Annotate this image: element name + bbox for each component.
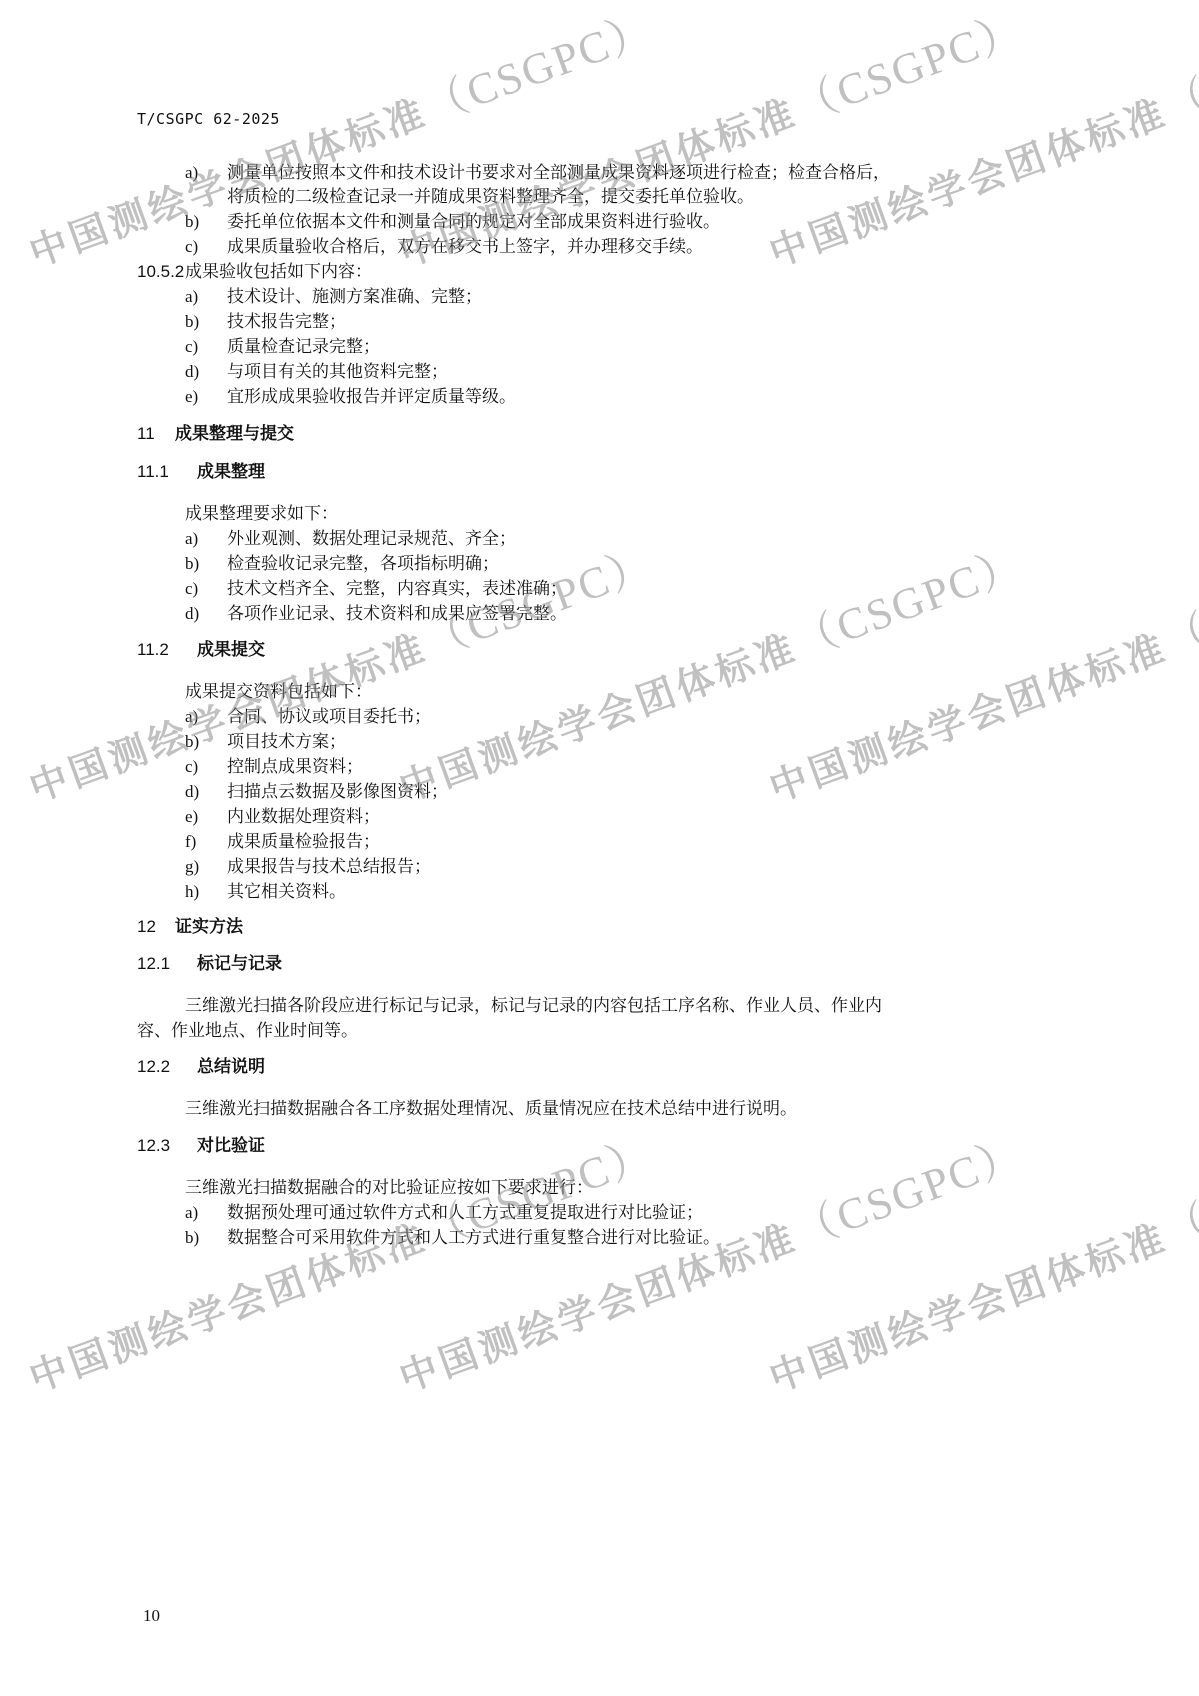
list-item: g)成果报告与技术总结报告； (185, 857, 431, 877)
list-item: d)扫描点云数据及影像图资料； (185, 782, 448, 802)
clause-number: 10.5.2 (137, 262, 185, 282)
item-label: e) (185, 807, 227, 827)
item-text: 合同、协议或项目委托书； (227, 707, 431, 727)
list-item: e)内业数据处理资料； (185, 807, 380, 827)
paragraph: 三维激光扫描数据融合各工序数据处理情况、质量情况应在技术总结中进行说明。 (185, 1099, 797, 1119)
document-code: T/CSGPC 62-2025 (137, 110, 280, 128)
list-item: a)测量单位按照本文件和技术设计书要求对全部测量成果资料逐项进行检查；检查合格后… (185, 163, 890, 183)
paragraph-line: 容、作业地点、作业时间等。 (137, 1021, 358, 1041)
section-title: 总结说明 (197, 1057, 265, 1076)
section-heading-12-1: 12.1标记与记录 (137, 954, 282, 974)
item-label: a) (185, 163, 227, 183)
item-text: 控制点成果资料； (227, 757, 363, 777)
item-label: c) (185, 237, 227, 257)
section-heading-12: 12证实方法 (137, 917, 243, 937)
section-number: 12.3 (137, 1136, 197, 1156)
section-title: 证实方法 (175, 917, 243, 936)
list-item: c)质量检查记录完整； (185, 337, 380, 357)
item-text: 数据整合可采用软件方式和人工方式进行重复整合进行对比验证。 (227, 1228, 720, 1248)
section-number: 12 (137, 917, 175, 937)
item-text: 成果质量检验报告； (227, 832, 380, 852)
item-text: 测量单位按照本文件和技术设计书要求对全部测量成果资料逐项进行检查；检查合格后， (227, 163, 890, 183)
section-title: 标记与记录 (197, 954, 282, 973)
list-item: b)数据整合可采用软件方式和人工方式进行重复整合进行对比验证。 (185, 1228, 720, 1248)
item-text: 其它相关资料。 (227, 882, 346, 902)
section-title: 成果整理与提交 (175, 424, 294, 443)
item-label: e) (185, 387, 227, 407)
section-heading-11-2: 11.2成果提交 (137, 640, 265, 660)
paragraph: 成果提交资料包括如下： (185, 682, 372, 702)
paragraph: 成果整理要求如下： (185, 504, 338, 524)
item-text: 成果质量验收合格后，双方在移交书上签字，并办理移交手续。 (227, 237, 703, 257)
watermark: 中国测绘学会团体标准（CSGPC） (18, 1118, 661, 1404)
item-text: 项目技术方案； (227, 732, 346, 752)
item-text: 检查验收记录完整，各项指标明确； (227, 554, 499, 574)
item-label: c) (185, 757, 227, 777)
list-item: c)技术文档齐全、完整，内容真实，表述准确； (185, 579, 567, 599)
list-item: c)控制点成果资料； (185, 757, 363, 777)
section-heading-12-2: 12.2总结说明 (137, 1057, 265, 1077)
clause-text: 成果验收包括如下内容： (185, 262, 372, 282)
item-text: 数据预处理可通过软件方式和人工方式重复提取进行对比验证； (227, 1203, 703, 1223)
item-label: b) (185, 554, 227, 574)
watermark: 中国测绘学会团体标准（CSGPC） (758, 528, 1199, 814)
item-label: a) (185, 529, 227, 549)
list-item: c)成果质量验收合格后，双方在移交书上签字，并办理移交手续。 (185, 237, 703, 257)
item-text: 扫描点云数据及影像图资料； (227, 782, 448, 802)
section-heading-11-1: 11.1成果整理 (137, 462, 265, 482)
list-item: f)成果质量检验报告； (185, 832, 380, 852)
item-text: 各项作业记录、技术资料和成果应签署完整。 (227, 604, 567, 624)
list-item: a)合同、协议或项目委托书； (185, 707, 431, 727)
page-number: 10 (143, 1606, 160, 1626)
section-number: 12.2 (137, 1057, 197, 1077)
paragraph-line: 三维激光扫描各阶段应进行标记与记录，标记与记录的内容包括工序名称、作业人员、作业… (185, 996, 882, 1016)
list-item: b)委托单位依据本文件和测量合同的规定对全部成果资料进行验收。 (185, 212, 720, 232)
item-label: a) (185, 1203, 227, 1223)
list-item: d)各项作业记录、技术资料和成果应签署完整。 (185, 604, 567, 624)
item-label: f) (185, 832, 227, 852)
list-item-continuation: 将质检的二级检查记录一并随成果资料整理齐全，提交委托单位验收。 (227, 187, 754, 207)
clause-10-5-2: 10.5.2成果验收包括如下内容： (137, 262, 372, 282)
item-label: h) (185, 882, 227, 902)
item-text: 技术设计、施测方案准确、完整； (227, 287, 482, 307)
item-label: a) (185, 287, 227, 307)
section-number: 11 (137, 424, 175, 444)
item-text: 委托单位依据本文件和测量合同的规定对全部成果资料进行验收。 (227, 212, 720, 232)
list-item: a)数据预处理可通过软件方式和人工方式重复提取进行对比验证； (185, 1203, 703, 1223)
item-text: 与项目有关的其他资料完整； (227, 362, 448, 382)
list-item: a)技术设计、施测方案准确、完整； (185, 287, 482, 307)
item-label: d) (185, 604, 227, 624)
section-number: 11.1 (137, 462, 197, 482)
item-text: 技术文档齐全、完整，内容真实，表述准确； (227, 579, 567, 599)
item-label: c) (185, 579, 227, 599)
section-title: 成果整理 (197, 462, 265, 481)
document-page: T/CSGPC 62-2025 a)测量单位按照本文件和技术设计书要求对全部测量… (0, 0, 1199, 1696)
item-label: b) (185, 212, 227, 232)
section-title: 成果提交 (197, 640, 265, 659)
item-label: g) (185, 857, 227, 877)
list-item: d)与项目有关的其他资料完整； (185, 362, 448, 382)
section-heading-11: 11成果整理与提交 (137, 424, 294, 444)
section-heading-12-3: 12.3对比验证 (137, 1136, 265, 1156)
item-text: 外业观测、数据处理记录规范、齐全； (227, 529, 516, 549)
list-item: h)其它相关资料。 (185, 882, 346, 902)
item-text: 成果报告与技术总结报告； (227, 857, 431, 877)
list-item: b)项目技术方案； (185, 732, 346, 752)
item-text: 内业数据处理资料； (227, 807, 380, 827)
watermark: 中国测绘学会团体标准（CSGPC） (758, 0, 1199, 279)
item-text: 宜形成成果验收报告并评定质量等级。 (227, 387, 516, 407)
item-label: b) (185, 312, 227, 332)
list-item: b)检查验收记录完整，各项指标明确； (185, 554, 499, 574)
section-title: 对比验证 (197, 1136, 265, 1155)
watermark: 中国测绘学会团体标准（CSGPC） (388, 1118, 1031, 1404)
item-label: d) (185, 362, 227, 382)
paragraph: 三维激光扫描数据融合的对比验证应按如下要求进行： (185, 1178, 593, 1198)
list-item: a)外业观测、数据处理记录规范、齐全； (185, 529, 516, 549)
item-label: b) (185, 1228, 227, 1248)
list-item: e)宜形成成果验收报告并评定质量等级。 (185, 387, 516, 407)
section-number: 11.2 (137, 640, 197, 660)
list-item: b)技术报告完整； (185, 312, 346, 332)
item-text: 质量检查记录完整； (227, 337, 380, 357)
item-label: c) (185, 337, 227, 357)
item-label: d) (185, 782, 227, 802)
item-label: a) (185, 707, 227, 727)
section-number: 12.1 (137, 954, 197, 974)
watermark: 中国测绘学会团体标准（CSGPC） (758, 1118, 1199, 1404)
item-label: b) (185, 732, 227, 752)
item-text: 技术报告完整； (227, 312, 346, 332)
